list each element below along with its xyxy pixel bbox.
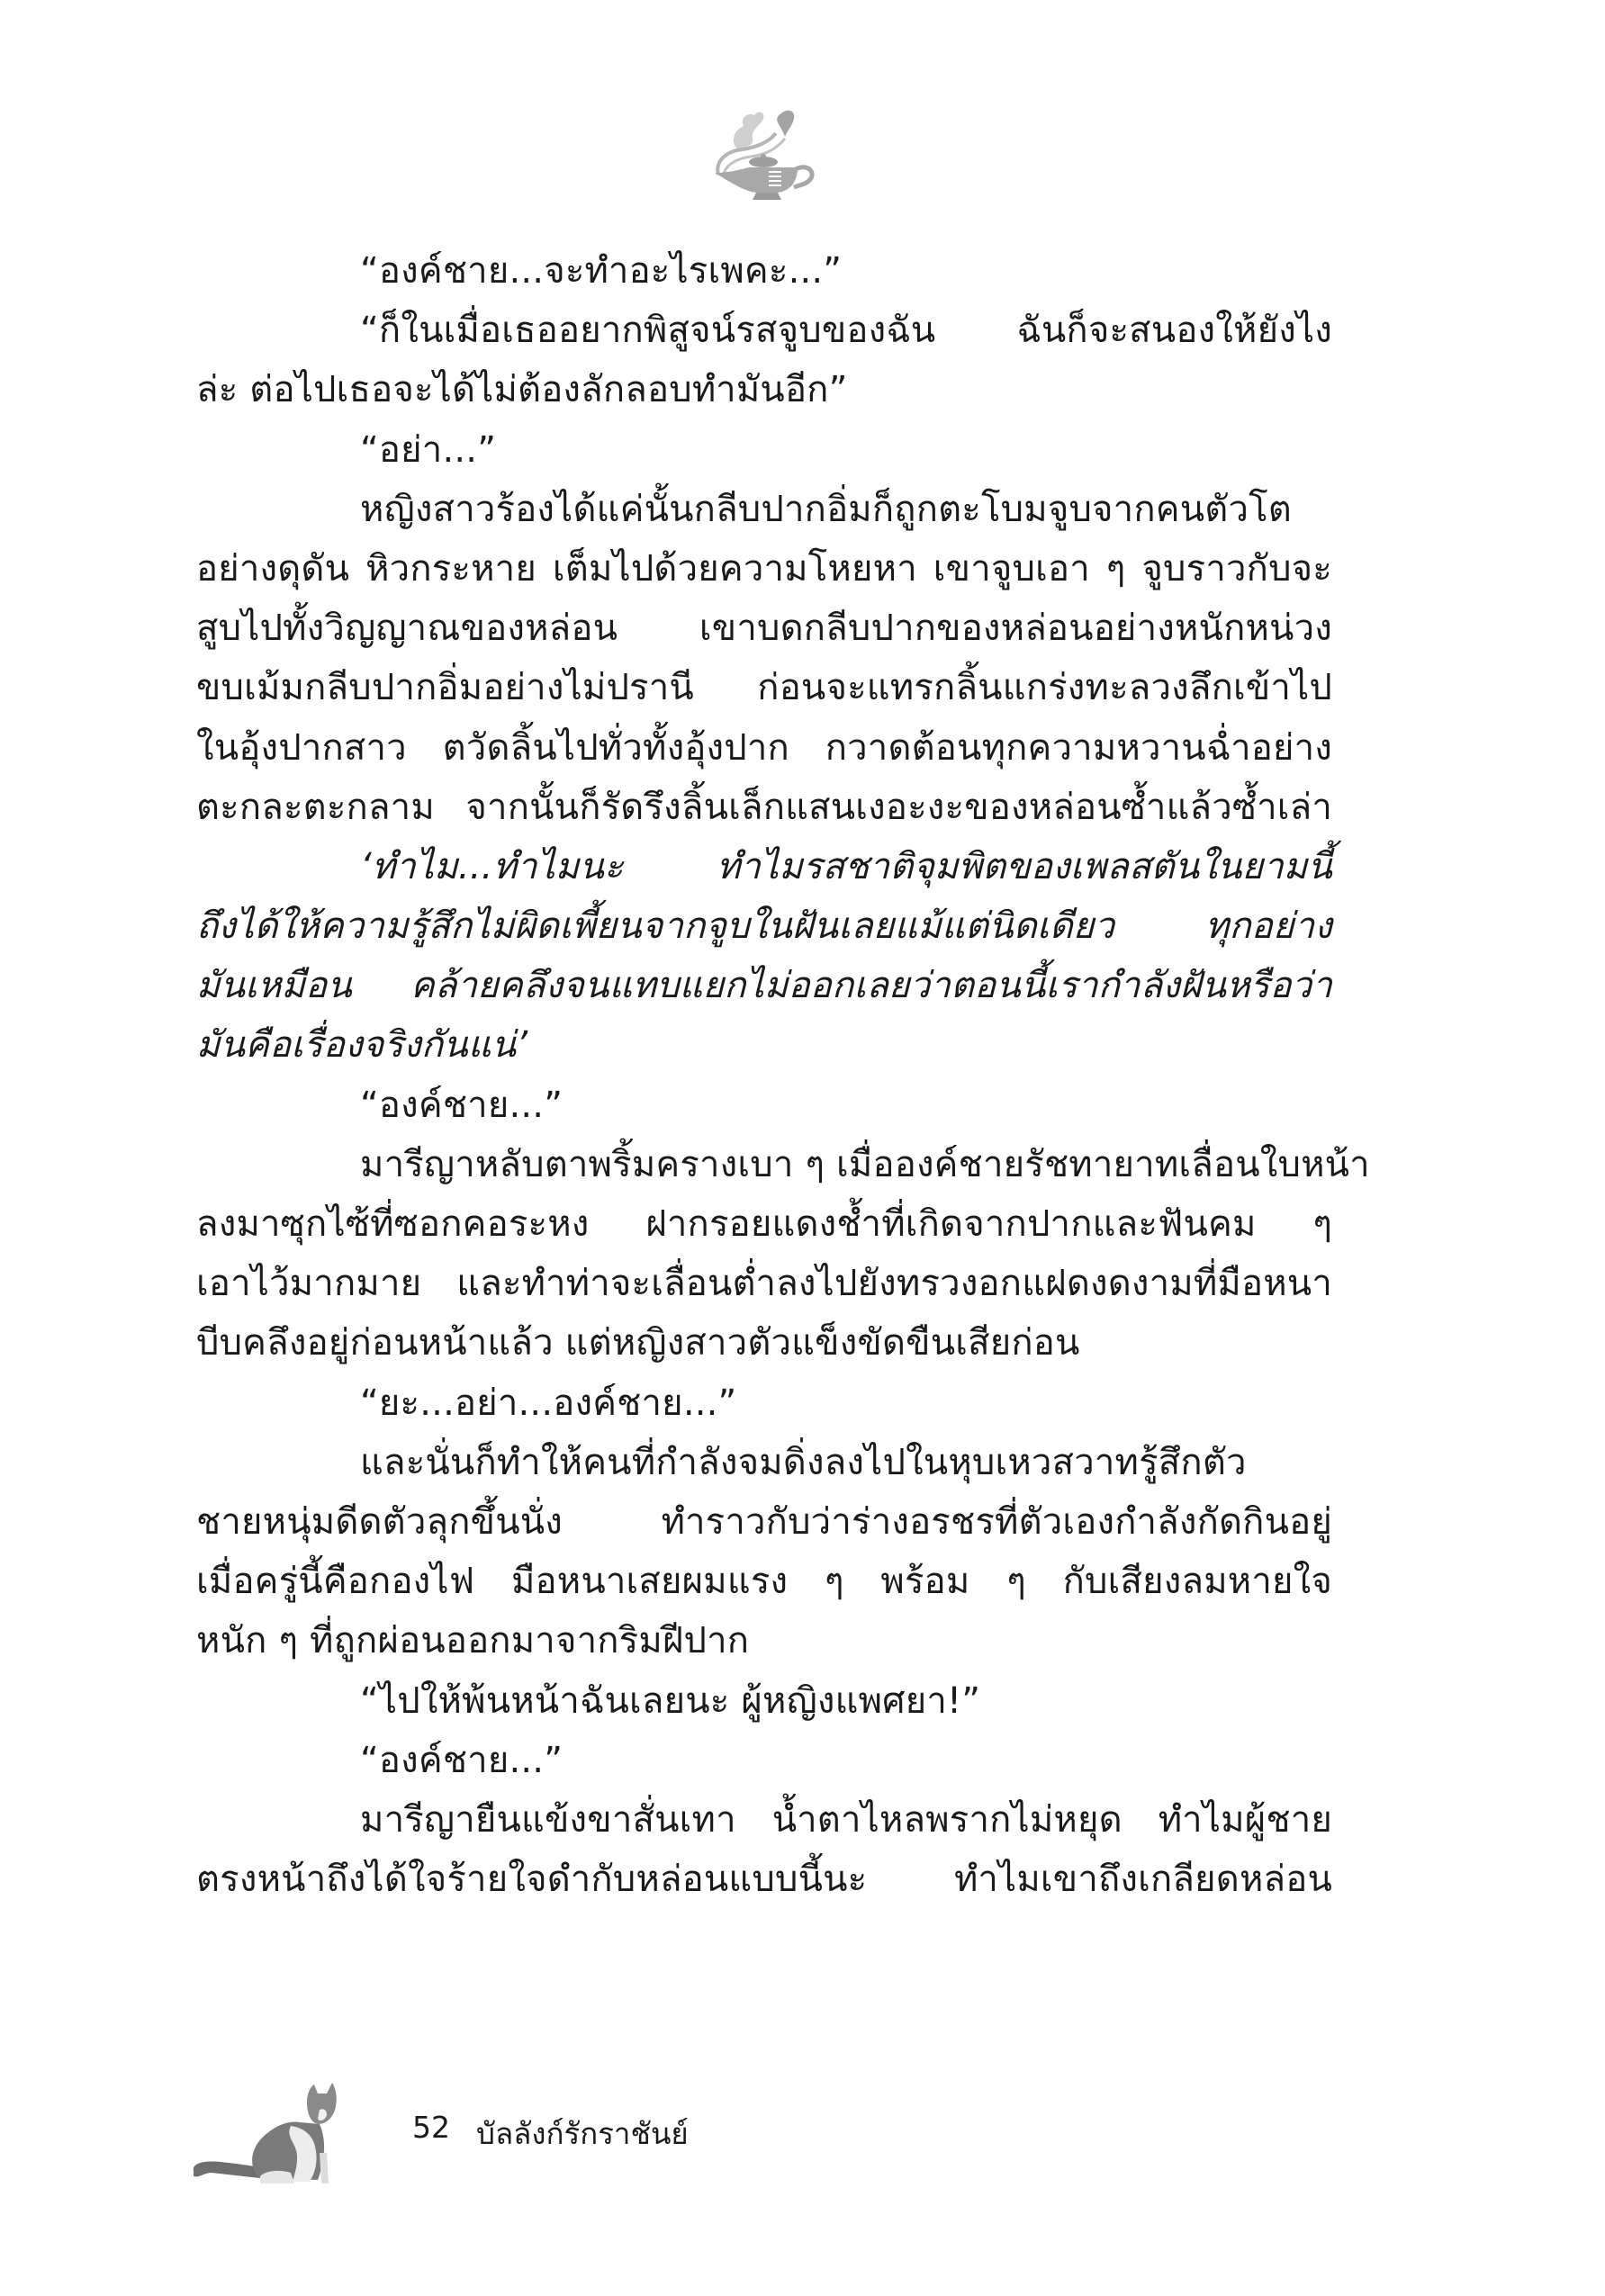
text-line: ลงมาซุกไซ้ที่ซอกคอระหง ฝากรอยแดงช้ำที่เก… <box>196 1194 1332 1254</box>
text-line: ชายหนุ่มดีดตัวลุกขึ้นนั่ง ทำราวกับว่าร่า… <box>196 1492 1332 1552</box>
text-line: “องค์ชาย...” <box>196 1731 1332 1790</box>
text-line: หนัก ๆ ที่ถูกผ่อนออกมาจากริมฝีปาก <box>196 1611 1332 1670</box>
text-line: เอาไว้มากมาย และทำท่าจะเลื่อนต่ำลงไปยังท… <box>196 1254 1332 1313</box>
text-line: ตะกละตะกลาม จากนั้นก็รัดรึงลิ้นเล็กแสนเง… <box>196 778 1332 837</box>
text-line: สูบไปทั้งวิญญาณของหล่อน เขาบดกลีบปากของห… <box>196 599 1332 658</box>
chapter-body-text: “องค์ชาย...จะทำอะไรเพคะ...” “ก็ในเมื่อเธ… <box>196 241 1332 1909</box>
text-line: “ก็ในเมื่อเธออยากพิสูจน์รสจูบของฉัน ฉันก… <box>196 301 1332 360</box>
text-line: อย่างดุดัน หิวกระหาย เต็มไปด้วยความโหยหา… <box>196 539 1332 599</box>
text-line: “ยะ...อย่า...องค์ชาย...” <box>196 1373 1332 1433</box>
sitting-cat-icon <box>185 2070 342 2196</box>
italic-thought-line: มันเหมือน คล้ายคลึงจนแทบแยกไม่ออกเลยว่าต… <box>196 956 1332 1015</box>
page-footer: 52 บัลลังก์รักราชันย์ <box>185 2070 761 2196</box>
genie-lamp-icon <box>711 106 819 202</box>
text-line: มารีญายืนแข้งขาสั่นเทา น้ำตาไหลพรากไม่หย… <box>196 1790 1332 1850</box>
text-line: และนั่นก็ทำให้คนที่กำลังจมดิ่งลงไปในหุบเ… <box>196 1433 1332 1492</box>
text-line: “องค์ชาย...จะทำอะไรเพคะ...” <box>196 241 1332 301</box>
italic-thought-line: ถึงได้ให้ความรู้สึกไม่ผิดเพี้ยนจากจูบในฝ… <box>196 896 1332 956</box>
italic-thought-line: ‘ทำไม...ทำไมนะ ทำไมรสชาติจุมพิตของเพลสตั… <box>196 837 1332 896</box>
text-line: หญิงสาวร้องได้แค่นั้นกลีบปากอิ่มก็ถูกตะโ… <box>196 480 1332 539</box>
text-line: “อย่า...” <box>196 420 1332 480</box>
text-line: ตรงหน้าถึงได้ใจร้ายใจดำกับหล่อนแบบนี้นะ … <box>196 1850 1332 1909</box>
text-line: “ไปให้พ้นหน้าฉันเลยนะ ผู้หญิงแพศยา!” <box>196 1671 1332 1731</box>
book-page: “องค์ชาย...จะทำอะไรเพคะ...” “ก็ในเมื่อเธ… <box>0 0 1605 2296</box>
text-line: เมื่อครู่นี้คือกองไฟ มือหนาเสยผมแรง ๆ พร… <box>196 1552 1332 1611</box>
italic-thought-line: มันคือเรื่องจริงกันแน่’ <box>196 1015 1332 1075</box>
text-line: ในอุ้งปากสาว ตวัดลิ้นไปทั่วทั้งอุ้งปาก ก… <box>196 718 1332 778</box>
text-line: ขบเม้มกลีบปากอิ่มอย่างไม่ปรานี ก่อนจะแทร… <box>196 658 1332 717</box>
page-number: 52 <box>412 2110 450 2145</box>
text-line: “องค์ชาย...” <box>196 1076 1332 1135</box>
running-book-title: บัลลังก์รักราชันย์ <box>476 2110 689 2157</box>
text-line: ล่ะ ต่อไปเธอจะได้ไม่ต้องลักลอบทำมันอีก” <box>196 360 1332 419</box>
text-line: บีบคลึงอยู่ก่อนหน้าแล้ว แต่หญิงสาวตัวแข็… <box>196 1313 1332 1373</box>
text-line: มารีญาหลับตาพริ้มครางเบา ๆ เมื่อองค์ชายร… <box>196 1135 1332 1194</box>
